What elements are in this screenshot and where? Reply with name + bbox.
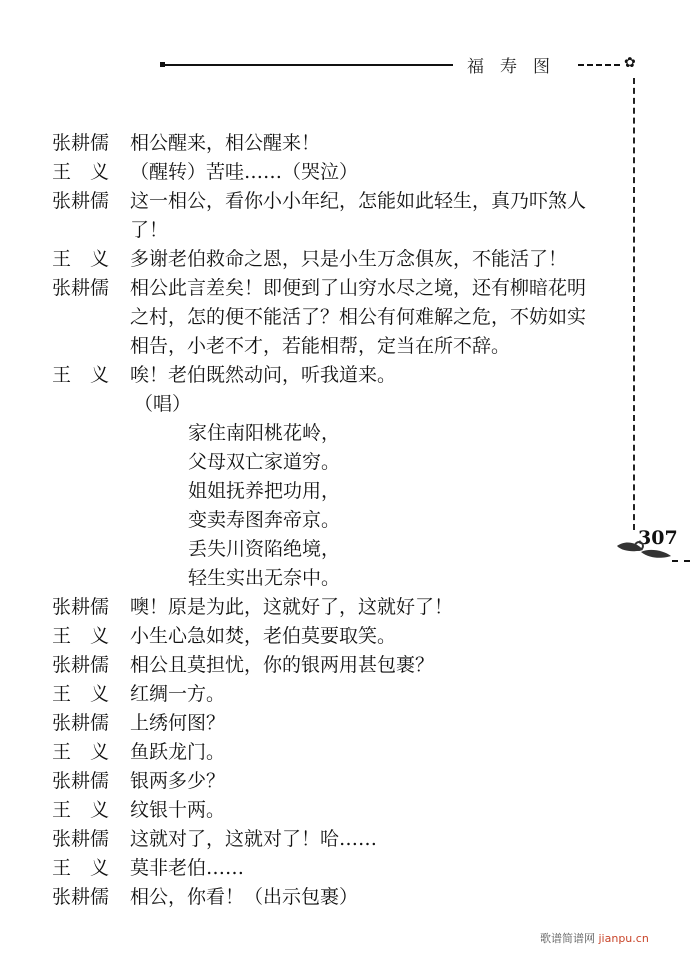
dialogue-line: 噢！原是为此，这就好了，这就好了！ — [130, 593, 632, 622]
dialogue-line: 相公醒来，相公醒来！ — [130, 129, 632, 158]
speaker-name: 张耕儒 — [52, 129, 130, 158]
side-dashed-rule — [633, 78, 635, 530]
dialogue-line: 相公，你看！（出示包裹） — [130, 883, 632, 912]
dialogue-row: 张耕儒 相公此言差矣！即便到了山穷水尽之境，还有柳暗花明 — [52, 274, 632, 303]
dialogue-line: 相公且莫担忧，你的银两用甚包裹？ — [130, 651, 632, 680]
header-dashed-rule — [578, 64, 620, 66]
dialogue-row: 张耕儒 上绣何图？ — [52, 709, 632, 738]
watermark: 歌谱简谱网 jianpu.cn — [540, 930, 649, 946]
speaker-name: 王 义 — [52, 245, 130, 274]
dialogue-line: 银两多少？ — [130, 767, 632, 796]
dialogue-row: 张耕儒 这一相公，看你小小年纪，怎能如此轻生，真乃吓煞人 — [52, 187, 632, 216]
watermark-site-name: 歌谱简谱网 — [540, 932, 595, 945]
dialogue-line: 这一相公，看你小小年纪，怎能如此轻生，真乃吓煞人 — [130, 187, 632, 216]
dialogue-row: 王 义 小生心急如焚，老伯莫要取笑。 — [52, 622, 632, 651]
dialogue-continuation: 之村，怎的便不能活了？相公有何难解之危，不妨如实 — [52, 303, 632, 332]
dialogue-row: 张耕儒 相公，你看！（出示包裹） — [52, 883, 632, 912]
dialogue-line: 鱼跃龙门。 — [130, 738, 632, 767]
dialogue-line: 纹银十两。 — [130, 796, 632, 825]
verse-line: 变卖寿图奔帝京。 — [52, 506, 632, 535]
speaker-name: 张耕儒 — [52, 767, 130, 796]
verse-line: 丢失川资陷绝境， — [52, 535, 632, 564]
dialogue-row: 张耕儒 银两多少？ — [52, 767, 632, 796]
footer-dashed-rule — [672, 560, 690, 562]
header-rule — [163, 64, 453, 66]
dialogue-row: 张耕儒 这就对了，这就对了！哈…… — [52, 825, 632, 854]
stage-direction: （唱） — [52, 390, 632, 419]
speaker-name: 张耕儒 — [52, 651, 130, 680]
dialogue-row: 王 义 红绸一方。 — [52, 680, 632, 709]
dialogue-row: 王 义 鱼跃龙门。 — [52, 738, 632, 767]
speaker-name: 王 义 — [52, 738, 130, 767]
watermark-url: jianpu.cn — [599, 932, 649, 945]
speaker-name: 王 义 — [52, 796, 130, 825]
speaker-name: 王 义 — [52, 680, 130, 709]
speaker-name: 王 义 — [52, 158, 130, 187]
speaker-name: 王 义 — [52, 622, 130, 651]
script-body: 张耕儒 相公醒来，相公醒来！ 王 义 （醒转）苦哇……（哭泣） 张耕儒 这一相公… — [52, 129, 632, 912]
dialogue-row: 王 义 （醒转）苦哇……（哭泣） — [52, 158, 632, 187]
verse-line: 父母双亡家道穷。 — [52, 448, 632, 477]
dialogue-line: 多谢老伯救命之恩，只是小生万念俱灰，不能活了！ — [130, 245, 632, 274]
dialogue-line: 这就对了，这就对了！哈…… — [130, 825, 632, 854]
dialogue-line: （醒转）苦哇……（哭泣） — [130, 158, 632, 187]
speaker-name: 张耕儒 — [52, 883, 130, 912]
dialogue-line: 相公此言差矣！即便到了山穷水尽之境，还有柳暗花明 — [130, 274, 632, 303]
dialogue-line: 红绸一方。 — [130, 680, 632, 709]
dialogue-row: 王 义 多谢老伯救命之恩，只是小生万念俱灰，不能活了！ — [52, 245, 632, 274]
dialogue-row: 王 义 唉！老伯既然动问，听我道来。 — [52, 361, 632, 390]
speaker-name: 王 义 — [52, 854, 130, 883]
running-header-title: 福寿图 — [467, 52, 566, 77]
dialogue-row: 王 义 莫非老伯…… — [52, 854, 632, 883]
flower-ornament-icon: ✿ — [624, 56, 636, 70]
verse-line: 轻生实出无奈中。 — [52, 564, 632, 593]
dialogue-row: 张耕儒 相公醒来，相公醒来！ — [52, 129, 632, 158]
dialogue-row: 张耕儒 相公且莫担忧，你的银两用甚包裹？ — [52, 651, 632, 680]
speaker-name: 张耕儒 — [52, 187, 130, 216]
speaker-name: 张耕儒 — [52, 709, 130, 738]
speaker-name: 张耕儒 — [52, 274, 130, 303]
dialogue-line: 莫非老伯…… — [130, 854, 632, 883]
dialogue-line: 上绣何图？ — [130, 709, 632, 738]
verse-line: 家住南阳桃花岭， — [52, 419, 632, 448]
dialogue-continuation: 相告，小老不才，若能相帮，定当在所不辞。 — [52, 332, 632, 361]
dialogue-line: 唉！老伯既然动问，听我道来。 — [130, 361, 632, 390]
dialogue-continuation: 了！ — [52, 216, 632, 245]
speaker-name: 张耕儒 — [52, 825, 130, 854]
speaker-name: 张耕儒 — [52, 593, 130, 622]
dialogue-row: 王 义 纹银十两。 — [52, 796, 632, 825]
verse-line: 姐姐抚养把功用， — [52, 477, 632, 506]
dialogue-row: 张耕儒 噢！原是为此，这就好了，这就好了！ — [52, 593, 632, 622]
dialogue-line: 小生心急如焚，老伯莫要取笑。 — [130, 622, 632, 651]
speaker-name: 王 义 — [52, 361, 130, 390]
